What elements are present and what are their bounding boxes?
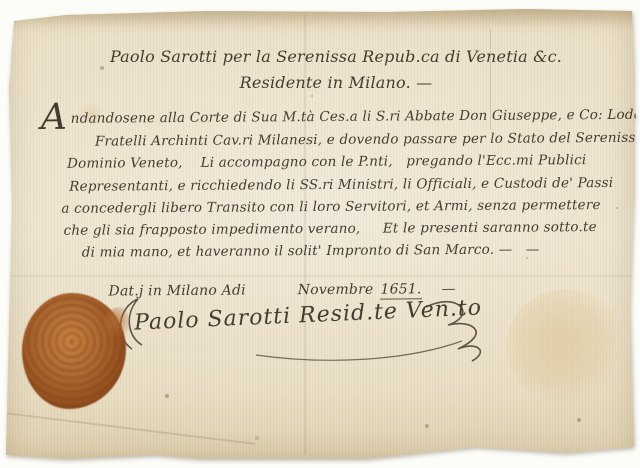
manuscript-line: Representanti, e ricchiedendo li SS.ri M… <box>69 175 613 195</box>
manuscript-body: A ndandosene alla Corte di Sua M.tà Ces.… <box>6 5 634 9</box>
foxing-specks <box>6 7 8 9</box>
document-scan: Paolo Sarotti per la Serenissa Repub.ca … <box>0 0 640 468</box>
manuscript-line: di mia mano, et haveranno il solit' Impr… <box>82 241 540 260</box>
manuscript-line: ndandosene alla Corte di Sua M.tà Ces.a … <box>71 107 640 127</box>
verso-seal-stain <box>506 289 626 404</box>
paper-shadow: Paolo Sarotti per la Serenissa Repub.ca … <box>0 0 640 468</box>
fold-crease <box>0 411 255 445</box>
manuscript-line: Dominio Veneto, Li accompagno con le P.n… <box>67 152 586 172</box>
document-heading-line1: Paolo Sarotti per la Serenissa Repub.ca … <box>66 47 606 66</box>
manuscript-line: a concedergli libero Transito con li lor… <box>61 197 600 217</box>
manuscript-line: Fratelli Archinti Cav.ri Milanesi, e dov… <box>95 130 640 150</box>
paper-top-shading <box>6 7 634 27</box>
illuminated-initial: A <box>41 97 67 138</box>
paper-sheet: Paolo Sarotti per la Serenissa Repub.ca … <box>6 7 634 459</box>
document-heading-line2: Residente in Milano. — <box>46 73 626 92</box>
wax-seal-drip <box>104 307 130 341</box>
manuscript-line: che gli sia frapposto impedimento verano… <box>64 219 597 239</box>
